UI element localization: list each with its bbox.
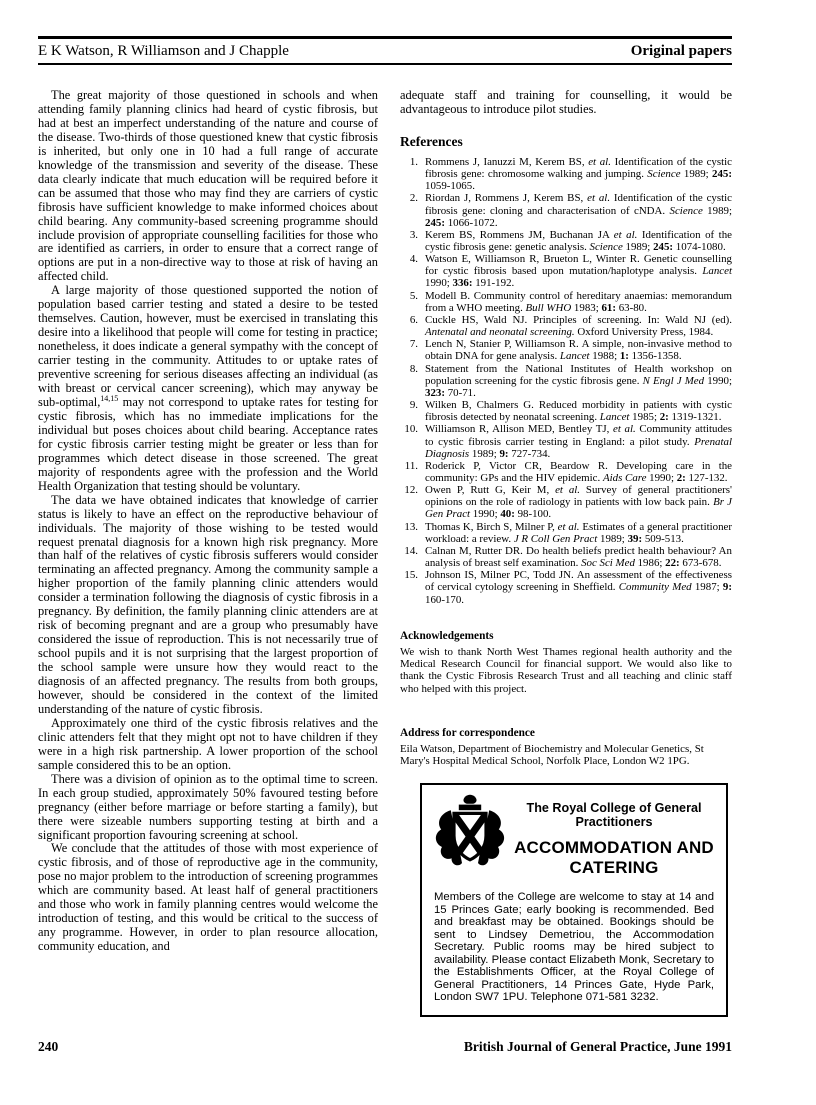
reference-item: 7.Lench N, Stanier P, Williamson R. A si… bbox=[400, 338, 732, 362]
reference-text: Statement from the National Institutes o… bbox=[425, 363, 732, 399]
reference-number: 5. bbox=[400, 290, 425, 314]
reference-text: Wilken B, Chalmers G. Reduced morbidity … bbox=[425, 399, 732, 423]
reference-text: Watson E, Williamson R, Brueton L, Winte… bbox=[425, 253, 732, 289]
reference-item: 8.Statement from the National Institutes… bbox=[400, 363, 732, 399]
reference-item: 6.Cuckle HS, Wald NJ. Principles of scre… bbox=[400, 314, 732, 338]
right-column: adequate staff and training for counsell… bbox=[400, 89, 732, 1017]
reference-item: 14.Calnan M, Rutter DR. Do health belief… bbox=[400, 545, 732, 569]
reference-item: 10.Williamson R, Allison MED, Bentley TJ… bbox=[400, 423, 732, 459]
reference-text: Owen P, Rutt G, Keir M, et al. Survey of… bbox=[425, 484, 732, 520]
journal-page: E K Watson, R Williamson and J Chapple O… bbox=[0, 0, 816, 1105]
reference-item: 4.Watson E, Williamson R, Brueton L, Win… bbox=[400, 253, 732, 289]
reference-text: Calnan M, Rutter DR. Do health beliefs p… bbox=[425, 545, 732, 569]
reference-item: 13.Thomas K, Birch S, Milner P, et al. E… bbox=[400, 521, 732, 545]
reference-number: 8. bbox=[400, 363, 425, 399]
reference-text: Thomas K, Birch S, Milner P, et al. Esti… bbox=[425, 521, 732, 545]
body-paragraph: The data we have obtained indicates that… bbox=[38, 494, 378, 717]
section-label: Original papers bbox=[631, 43, 732, 60]
advert-org-title: The Royal College of General Practitione… bbox=[514, 801, 714, 829]
reference-item: 12.Owen P, Rutt G, Keir M, et al. Survey… bbox=[400, 484, 732, 520]
reference-item: 5.Modell B. Community control of heredit… bbox=[400, 290, 732, 314]
reference-number: 14. bbox=[400, 545, 425, 569]
body-paragraph: We conclude that the attitudes of those … bbox=[38, 842, 378, 954]
page-number: 240 bbox=[38, 1039, 58, 1055]
reference-number: 2. bbox=[400, 192, 425, 228]
body-paragraph: The great majority of those questioned i… bbox=[38, 89, 378, 284]
reference-text: Williamson R, Allison MED, Bentley TJ, e… bbox=[425, 423, 732, 459]
reference-text: Riordan J, Rommens J, Kerem BS, et al. I… bbox=[425, 192, 732, 228]
acknowledgements-text: We wish to thank North West Thames regio… bbox=[400, 646, 732, 695]
references-list: 1.Rommens J, Ianuzzi M, Kerem BS, et al.… bbox=[400, 156, 732, 606]
acknowledgements-heading: Acknowledgements bbox=[400, 630, 732, 642]
reference-number: 3. bbox=[400, 229, 425, 253]
left-column: The great majority of those questioned i… bbox=[38, 89, 378, 1017]
advert-body: Members of the College are welcome to st… bbox=[434, 891, 714, 1003]
advert-titles: The Royal College of General Practitione… bbox=[514, 795, 714, 878]
reference-text: Cuckle HS, Wald NJ. Principles of screen… bbox=[425, 314, 732, 338]
reference-text: Johnson IS, Milner PC, Todd JN. An asses… bbox=[425, 569, 732, 605]
page-header: E K Watson, R Williamson and J Chapple O… bbox=[38, 36, 732, 65]
journal-footer: British Journal of General Practice, Jun… bbox=[464, 1039, 732, 1055]
reference-text: Modell B. Community control of hereditar… bbox=[425, 290, 732, 314]
reference-number: 11. bbox=[400, 460, 425, 484]
reference-item: 2.Riordan J, Rommens J, Kerem BS, et al.… bbox=[400, 192, 732, 228]
address-text: Eila Watson, Department of Biochemistry … bbox=[400, 743, 732, 768]
references-heading: References bbox=[400, 134, 732, 150]
body-paragraph: There was a division of opinion as to th… bbox=[38, 773, 378, 843]
advert-header: The Royal College of General Practitione… bbox=[434, 795, 714, 878]
reference-item: 9.Wilken B, Chalmers G. Reduced morbidit… bbox=[400, 399, 732, 423]
reference-number: 12. bbox=[400, 484, 425, 520]
advert-title: ACCOMMODATION AND CATERING bbox=[514, 838, 714, 878]
reference-number: 1. bbox=[400, 156, 425, 192]
body-paragraph: A large majority of those questioned sup… bbox=[38, 284, 378, 493]
reference-text: Rommens J, Ianuzzi M, Kerem BS, et al. I… bbox=[425, 156, 732, 192]
reference-text: Lench N, Stanier P, Williamson R. A simp… bbox=[425, 338, 732, 362]
reference-number: 9. bbox=[400, 399, 425, 423]
reference-number: 13. bbox=[400, 521, 425, 545]
reference-number: 7. bbox=[400, 338, 425, 362]
rcgp-crest-icon bbox=[430, 793, 510, 869]
reference-number: 10. bbox=[400, 423, 425, 459]
reference-number: 15. bbox=[400, 569, 425, 605]
address-heading: Address for correspondence bbox=[400, 727, 732, 739]
continuation-paragraph: adequate staff and training for counsell… bbox=[400, 89, 732, 117]
running-head: E K Watson, R Williamson and J Chapple O… bbox=[38, 39, 732, 65]
reference-item: 3.Kerem BS, Rommens JM, Buchanan JA et a… bbox=[400, 229, 732, 253]
reference-item: 1.Rommens J, Ianuzzi M, Kerem BS, et al.… bbox=[400, 156, 732, 192]
reference-item: 15.Johnson IS, Milner PC, Todd JN. An as… bbox=[400, 569, 732, 605]
reference-text: Roderick P, Victor CR, Beardow R. Develo… bbox=[425, 460, 732, 484]
reference-item: 11.Roderick P, Victor CR, Beardow R. Dev… bbox=[400, 460, 732, 484]
reference-text: Kerem BS, Rommens JM, Buchanan JA et al.… bbox=[425, 229, 732, 253]
reference-number: 4. bbox=[400, 253, 425, 289]
reference-number: 6. bbox=[400, 314, 425, 338]
article-columns: The great majority of those questioned i… bbox=[38, 89, 732, 1017]
advert-box: The Royal College of General Practitione… bbox=[420, 783, 728, 1016]
running-authors: E K Watson, R Williamson and J Chapple bbox=[38, 43, 289, 60]
page-footer: 240 British Journal of General Practice,… bbox=[38, 1039, 732, 1055]
body-paragraph: Approximately one third of the cystic fi… bbox=[38, 717, 378, 773]
